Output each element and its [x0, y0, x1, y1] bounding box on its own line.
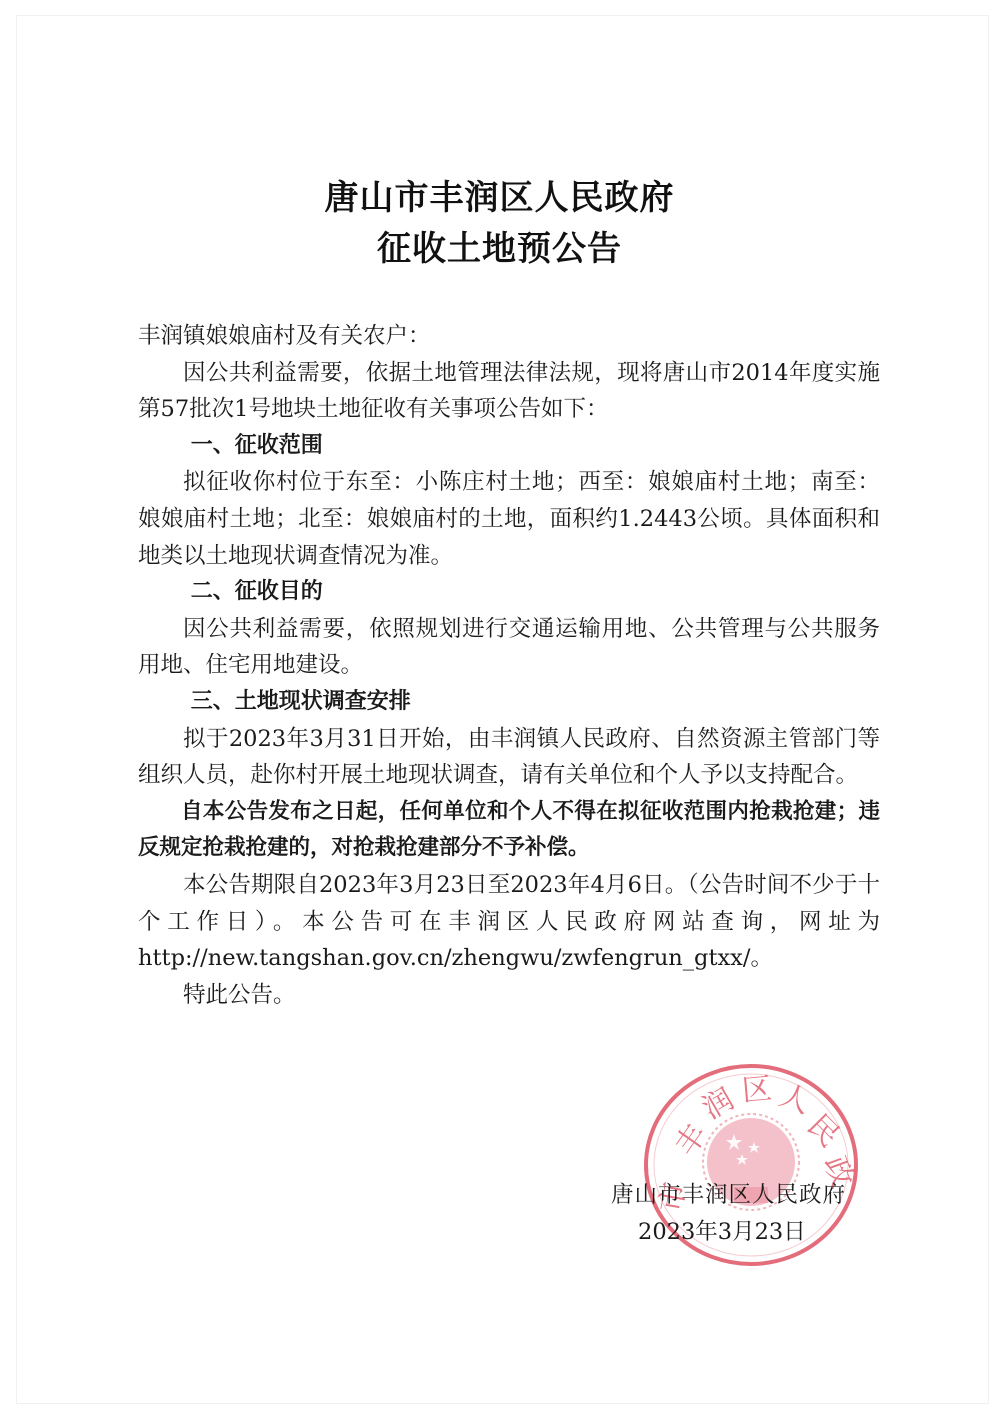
- section-heading-purpose: 二、征收目的: [138, 574, 880, 611]
- document-body: 丰润镇娘娘庙村及有关农户： 因公共利益需要，依据土地管理法律法规，现将唐山市20…: [138, 318, 880, 1013]
- svg-text:区: 区: [741, 1071, 774, 1108]
- warning-paragraph: 自本公告发布之日起，任何单位和个人不得在拟征收范围内抢栽抢建；违反规定抢栽抢建的…: [138, 794, 880, 867]
- intro-paragraph: 因公共利益需要，依据土地管理法律法规，现将唐山市2014年度实施第57批次1号地…: [138, 355, 880, 428]
- section-heading-survey: 三、土地现状调查安排: [138, 684, 880, 721]
- svg-text:润: 润: [697, 1082, 740, 1127]
- signature-date: 2023年3月23日: [638, 1214, 806, 1250]
- signature-organization: 唐山市丰润区人民政府: [611, 1177, 846, 1213]
- document-title-line2: 征收土地预公告: [0, 221, 999, 270]
- section-text-survey: 拟于2023年3月31日开始，由丰润镇人民政府、自然资源主管部门等组织人员，赴你…: [138, 721, 880, 794]
- closing-text: 特此公告。: [138, 977, 880, 1014]
- section-text-scope: 拟征收你村位于东至：小陈庄村土地；西至：娘娘庙村土地；南至：娘娘庙村土地；北至：…: [138, 464, 880, 574]
- document-title-line1: 唐山市丰润区人民政府: [0, 170, 999, 219]
- section-text-purpose: 因公共利益需要，依照规划进行交通运输用地、公共管理与公共服务用地、住宅用地建设。: [138, 611, 880, 684]
- salutation: 丰润镇娘娘庙村及有关农户：: [138, 318, 880, 355]
- period-paragraph: 本公告期限自2023年3月23日至2023年4月6日。（公告时间不少于十个工作日…: [138, 867, 880, 977]
- section-heading-scope: 一、征收范围: [138, 428, 880, 465]
